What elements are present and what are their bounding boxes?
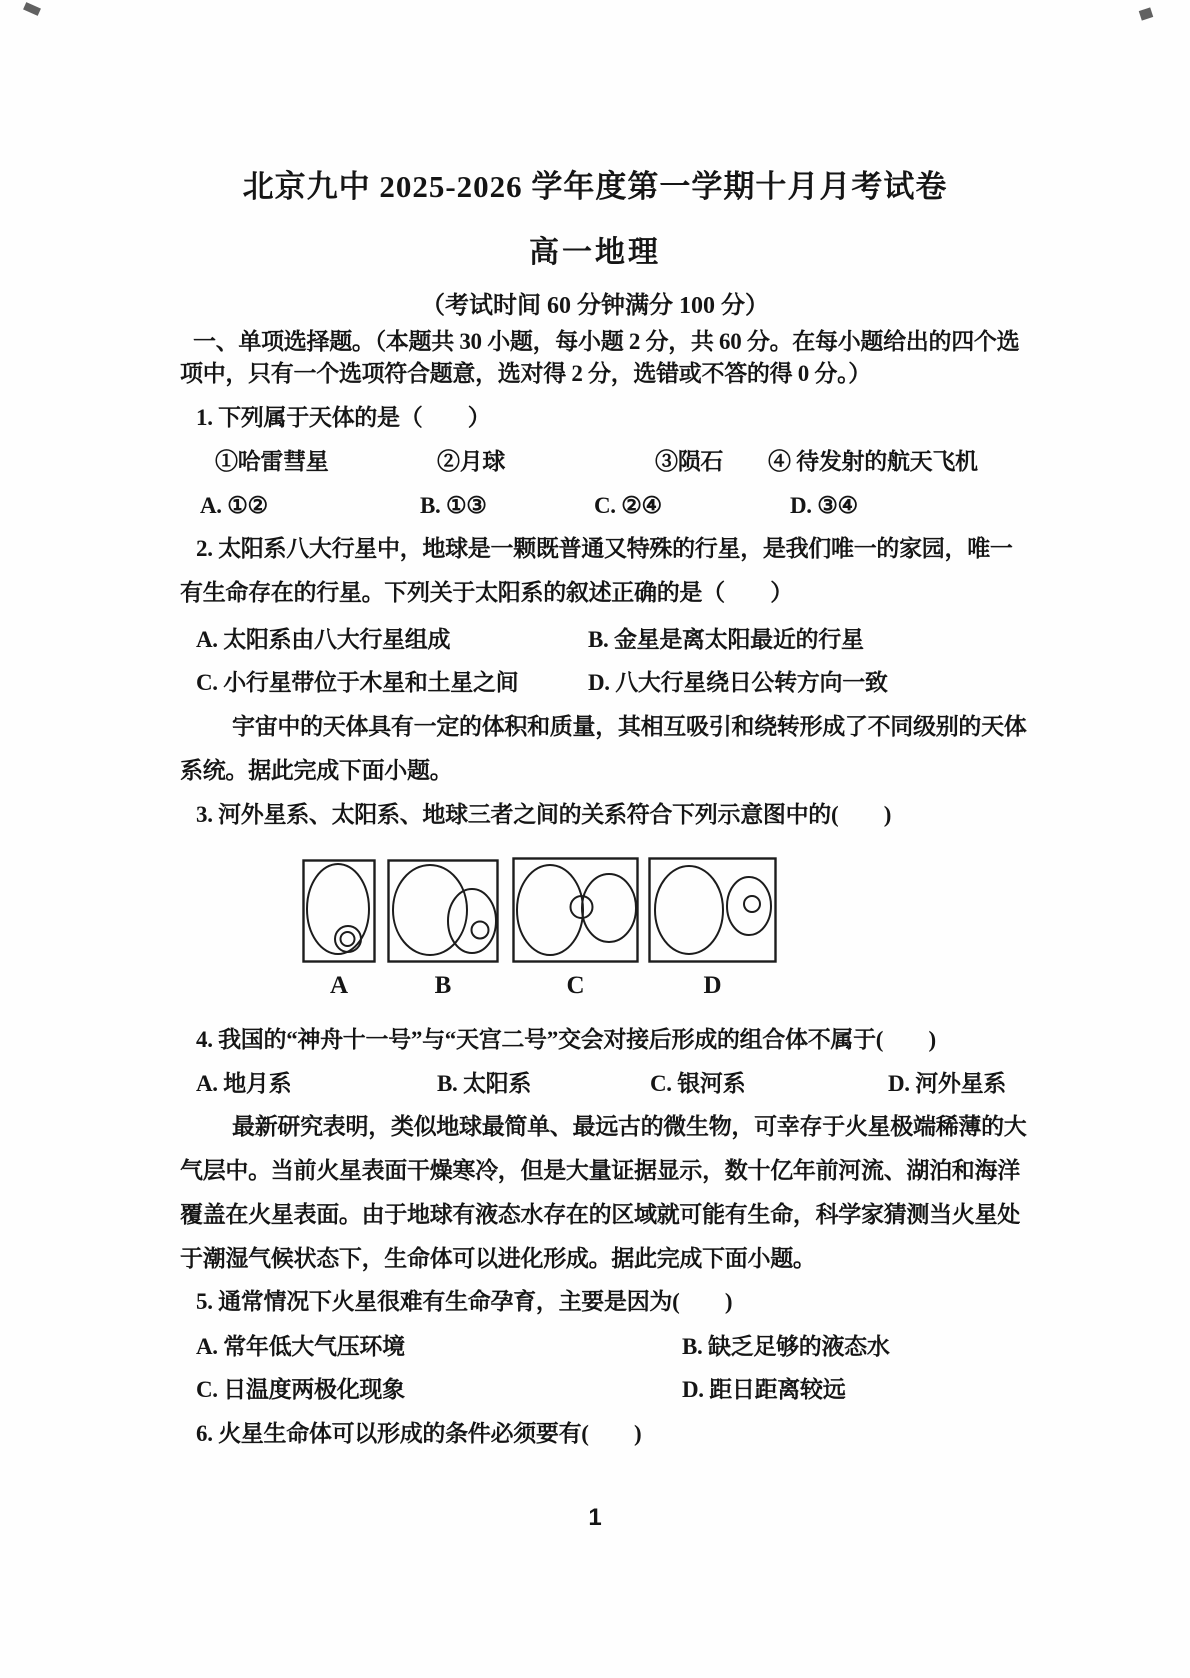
q3-diagram-b	[387, 859, 499, 963]
q3-diagram-label-a: A	[302, 970, 376, 1001]
q2-stem-line1: 2. 太阳系八大行星中，地球是一颗既普通又特殊的行星，是我们唯一的家园，唯一	[196, 535, 1013, 564]
page-number: 1	[0, 1503, 1190, 1533]
passage2-line1: 最新研究表明，类似地球最简单、最远古的微生物，可幸存于火星极端稀薄的大	[232, 1113, 1027, 1142]
exam-subject: 高一地理	[0, 234, 1190, 272]
q2-option-d: D. 八大行星绕日公转方向一致	[588, 669, 888, 698]
exam-page: 北京九中 2025-2026 学年度第一学期十月月考试卷 高一地理 （考试时间 …	[0, 0, 1190, 1678]
q1-option-d: D. ③④	[790, 492, 858, 521]
passage1-line1: 宇宙中的天体具有一定的体积和质量，其相互吸引和绕转形成了不同级别的天体	[232, 713, 1027, 742]
q5-option-a: A. 常年低大气压环境	[196, 1333, 405, 1362]
q1-item-2: ②月球	[437, 448, 505, 477]
exam-title: 北京九中 2025-2026 学年度第一学期十月月考试卷	[0, 168, 1190, 207]
q1-option-a: A. ①②	[200, 492, 268, 521]
q4-stem: 4. 我国的“神舟十一号”与“天宫二号”交会对接后形成的组合体不属于( )	[196, 1026, 936, 1055]
q4-option-a: A. 地月系	[196, 1070, 291, 1099]
q2-option-c: C. 小行星带位于木星和土星之间	[196, 669, 518, 698]
q1-item-3: ③陨石	[655, 448, 723, 477]
section-heading-line2: 项中，只有一个选项符合题意，选对得 2 分，选错或不答的得 0 分。）	[180, 360, 871, 389]
q1-option-c: C. ②④	[594, 492, 662, 521]
q5-option-d: D. 距日距离较远	[682, 1376, 845, 1405]
scan-artifact-top-right	[1139, 7, 1154, 20]
q5-option-c: C. 日温度两极化现象	[196, 1376, 405, 1405]
q4-option-d: D. 河外星系	[888, 1070, 1006, 1099]
q5-option-b: B. 缺乏足够的液态水	[682, 1333, 890, 1362]
q5-stem: 5. 通常情况下火星很难有生命孕育，主要是因为( )	[196, 1288, 732, 1317]
q2-option-a: A. 太阳系由八大行星组成	[196, 626, 450, 655]
q1-stem: 1. 下列属于天体的是（ ）	[196, 404, 491, 433]
q3-diagram-label-d: D	[648, 970, 777, 1001]
q2-stem-line2: 有生命存在的行星。下列关于太阳系的叙述正确的是（ ）	[180, 579, 793, 608]
passage2-line2: 气层中。当前火星表面干燥寒冷，但是大量证据显示，数十亿年前河流、湖泊和海洋	[180, 1157, 1020, 1186]
q6-stem: 6. 火星生命体可以形成的条件必须要有( )	[196, 1420, 641, 1449]
q4-option-c: C. 银河系	[650, 1070, 745, 1099]
q1-option-b: B. ①③	[420, 492, 487, 521]
q3-diagram-label-c: C	[512, 970, 639, 1001]
q2-option-b: B. 金星是离太阳最近的行星	[588, 626, 864, 655]
passage1-line2: 系统。据此完成下面小题。	[180, 757, 452, 786]
q1-item-1: ①哈雷彗星	[215, 448, 329, 477]
q3-stem: 3. 河外星系、太阳系、地球三者之间的关系符合下列示意图中的( )	[196, 801, 891, 830]
q4-option-b: B. 太阳系	[437, 1070, 531, 1099]
section-heading-line1: 一、单项选择题。（本题共 30 小题，每小题 2 分，共 60 分。在每小题给出…	[193, 328, 1019, 357]
exam-time-score-info: （考试时间 60 分钟满分 100 分）	[0, 291, 1190, 321]
passage2-line3: 覆盖在火星表面。由于地球有液态水存在的区域就可能有生命，科学家猜测当火星处	[180, 1201, 1020, 1230]
q3-diagram-a	[302, 859, 376, 963]
q3-diagram-c	[512, 857, 639, 963]
passage2-line4: 于潮湿气候状态下，生命体可以进化形成。据此完成下面小题。	[180, 1245, 816, 1274]
q3-diagram-d	[648, 857, 777, 963]
q1-item-4: ④ 待发射的航天飞机	[768, 448, 978, 477]
scan-artifact-top-left	[23, 2, 41, 16]
q3-diagram-label-b: B	[387, 970, 499, 1001]
